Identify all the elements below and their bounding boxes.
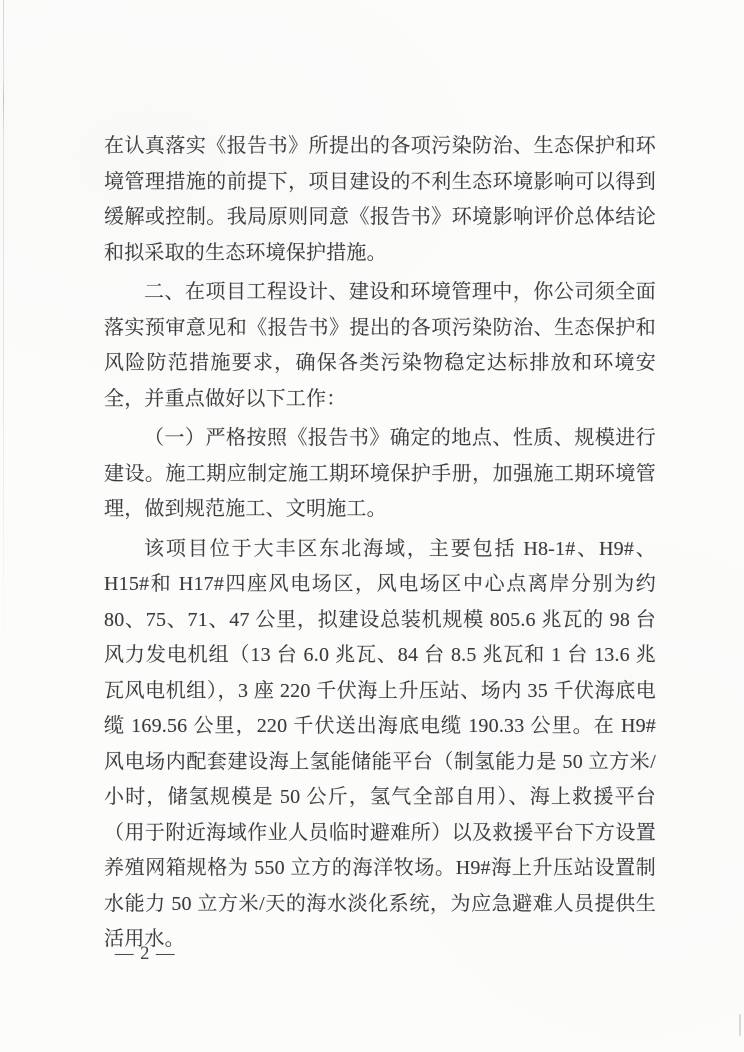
scan-artifact-right-edge: [739, 1014, 741, 1036]
page-number: — 2 —: [115, 942, 176, 966]
paragraph-section-two: 二、在项目工程设计、建设和环境管理中，你公司须全面落实预审意见和《报告书》提出的…: [104, 275, 656, 417]
scanned-document-page: 在认真落实《报告书》所提出的各项污染防治、生态保护和环境管理措施的前提下，项目建…: [0, 0, 744, 1052]
paragraph-item-one: （一）严格按照《报告书》确定的地点、性质、规模进行建设。施工期应制定施工期环境保…: [104, 421, 656, 528]
document-body: 在认真落实《报告书》所提出的各项污染防治、生态保护和环境管理措施的前提下，项目建…: [104, 129, 656, 962]
paragraph-project-description: 该项目位于大丰区东北海域，主要包括 H8-1#、H9#、H15#和 H17#四座…: [104, 532, 656, 958]
scan-edge-artifact-left: [3, 0, 4, 660]
paragraph-continuation: 在认真落实《报告书》所提出的各项污染防治、生态保护和环境管理措施的前提下，项目建…: [104, 129, 656, 271]
